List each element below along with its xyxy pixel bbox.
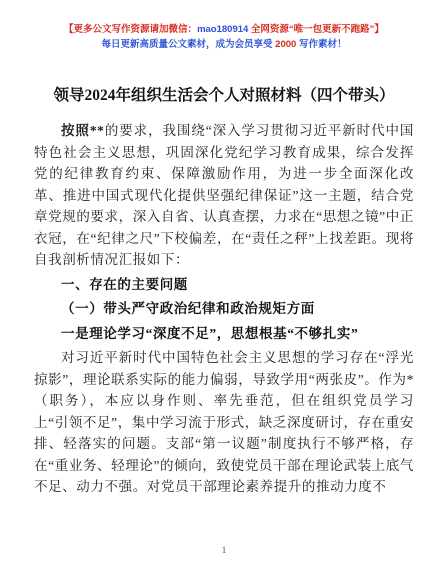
promo-text-blue: 每日更新高质量公文素材，成为会员享受 [102, 39, 276, 50]
document-title: 领导2024年组织生活会个人对照材料（四个带头） [52, 83, 397, 109]
section-heading-1: 一、存在的主要问题 [34, 274, 414, 296]
promo-notice-line-2: 每日更新高质量公文素材，成为会员享受 2000 写作素材！ [0, 37, 448, 52]
section-heading-2: （一）带头严守政治纪律和政治规矩方面 [34, 298, 414, 320]
promo-wechat-account: mao180914 [197, 24, 248, 35]
paragraph-intro-lead: 按照** [61, 123, 105, 138]
document-body: 按照**的要求，我围绕“深入学习贯彻习近平新时代中国特色社会主义思想，巩固深化党… [0, 120, 448, 498]
paragraph-issue-detail: 对习近平新时代中国特色社会主义思想的学习存在“浮光掠影”，理论联系实际的能力偏弱… [34, 347, 414, 498]
promo-notice-line-1: 【更多公文写作资源请加微信：mao180914 全网资源“唯一包更新不跑路”】 [0, 22, 448, 37]
promo-text-red-tail: 全网资源“唯一包更新不跑路”】 [248, 24, 384, 35]
promo-text-blue-tail: 写作素材！ [296, 39, 346, 50]
paragraph-intro: 按照**的要求，我围绕“深入学习贯彻习近平新时代中国特色社会主义思想，巩固深化党… [34, 120, 414, 271]
paragraph-intro-body: 的要求，我围绕“深入学习贯彻习近平新时代中国特色社会主义思想，巩固深化党纪学习教… [34, 123, 414, 267]
promo-notice: 【更多公文写作资源请加微信：mao180914 全网资源“唯一包更新不跑路”】 … [0, 0, 448, 52]
promo-count: 2000 [275, 39, 296, 50]
page-number: 1 [0, 546, 448, 556]
section-heading-3: 一是理论学习“深度不足”，思想根基“不够扎实” [34, 323, 414, 345]
promo-text-red: 【更多公文写作资源请加微信： [64, 24, 197, 35]
document-page: 【更多公文写作资源请加微信：mao180914 全网资源“唯一包更新不跑路”】 … [0, 0, 448, 580]
